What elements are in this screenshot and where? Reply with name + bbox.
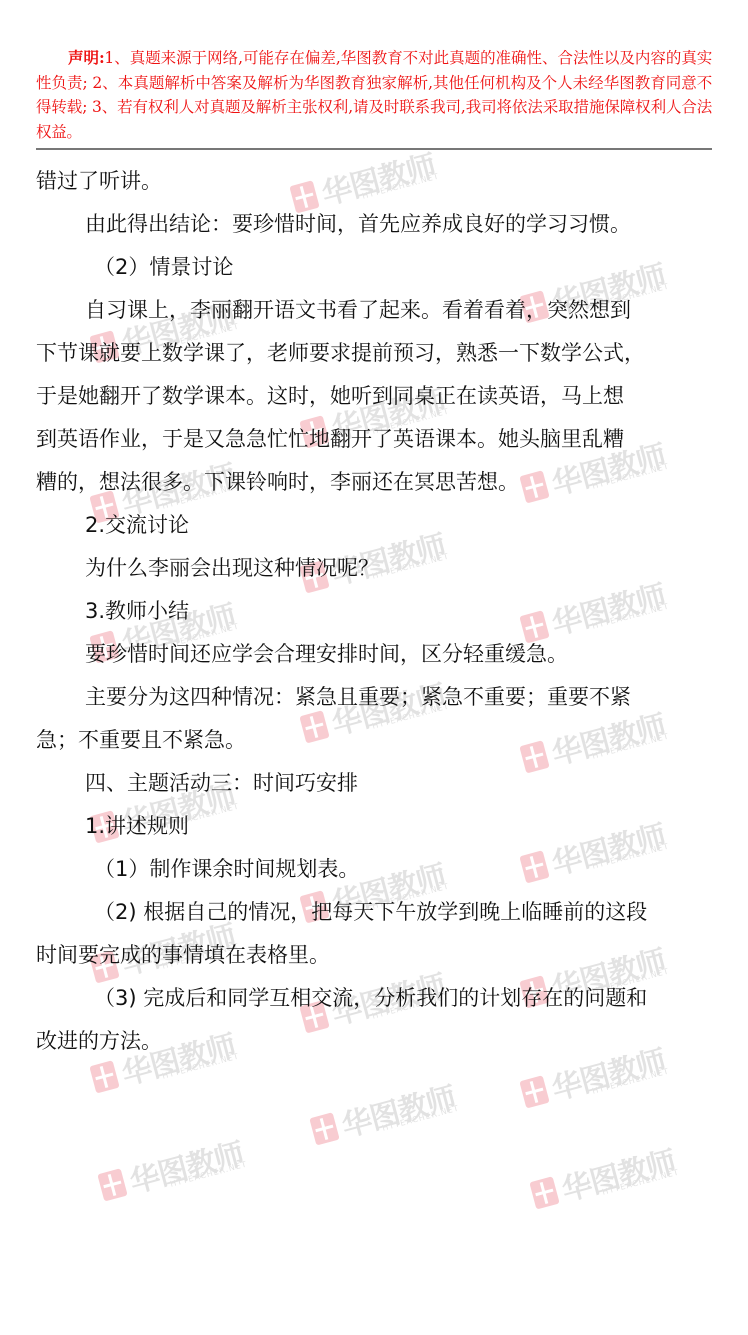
paragraph-line: 错过了听讲。 [36,160,716,203]
paragraph-line: 为什么李丽会出现这种情况呢？ [36,547,716,590]
section-heading: 2.交流讨论 [36,504,716,547]
watermark: 华图教师 HTTEACHER.NET [306,1061,485,1159]
watermark-logo-icon [97,1168,127,1201]
paragraph-line: 糟的，想法很多。下课铃响时，李丽还在冥思苦想。 [36,461,716,504]
section-heading: （2）情景讨论 [36,246,716,289]
watermark-logo-icon [529,1176,559,1209]
disclaimer-text: 1、真题来源于网络,可能存在偏差,华图教育不对此真题的准确性、合法性以及内容的真… [36,49,712,141]
paragraph-line: （1）制作课余时间规划表。 [36,848,716,891]
paragraph-line: 改进的方法。 [36,1020,716,1063]
paragraph-line: 主要分为这四种情况：紧急且重要；紧急不重要；重要不紧 [36,676,716,719]
paragraph-line: 到英语作业，于是又急急忙忙地翻开了英语课本。她头脑里乱糟 [36,418,716,461]
disclaimer-lead: 声明: [68,48,104,67]
watermark: 华图教师 HTTEACHER.NET [526,1125,705,1223]
paragraph-line: 急；不重要且不紧急。 [36,719,716,762]
paragraph-line: （2) 根据自己的情况，把每天下午放学到晚上临睡前的这段 [36,891,716,934]
paragraph-line: 时间要完成的事情填在表格里。 [36,934,716,977]
header-divider [36,148,712,150]
paragraph-line: 于是她翻开了数学课本。这时，她听到同桌正在读英语，马上想 [36,375,716,418]
watermark-logo-icon [89,1060,119,1093]
paragraph-line: （3) 完成后和同学互相交流，分析我们的计划存在的问题和 [36,977,716,1020]
paragraph-line: 由此得出结论：要珍惜时间，首先应养成良好的学习习惯。 [36,203,716,246]
document-page: 华图教师 HTTEACHER.NET 华图教师 HTTEACHER.NET 华图… [0,0,748,1335]
paragraph-line: 下节课就要上数学课了，老师要求提前预习，熟悉一下数学公式， [36,332,716,375]
section-heading: 3.教师小结 [36,590,716,633]
paragraph-line: 要珍惜时间还应学会合理安排时间，区分轻重缓急。 [36,633,716,676]
disclaimer: 声明:1、真题来源于网络,可能存在偏差,华图教育不对此真题的准确性、合法性以及内… [36,46,712,144]
watermark-logo-icon [309,1112,339,1145]
section-heading: 1.讲述规则 [36,805,716,848]
watermark-logo-icon [519,1075,549,1108]
paragraph-line: 自习课上，李丽翻开语文书看了起来。看着看着，突然想到 [36,289,716,332]
section-heading: 四、主题活动三：时间巧安排 [36,762,716,805]
document-body: 错过了听讲。 由此得出结论：要珍惜时间，首先应养成良好的学习习惯。 （2）情景讨… [36,160,716,1063]
watermark: 华图教师 HTTEACHER.NET [94,1117,273,1215]
